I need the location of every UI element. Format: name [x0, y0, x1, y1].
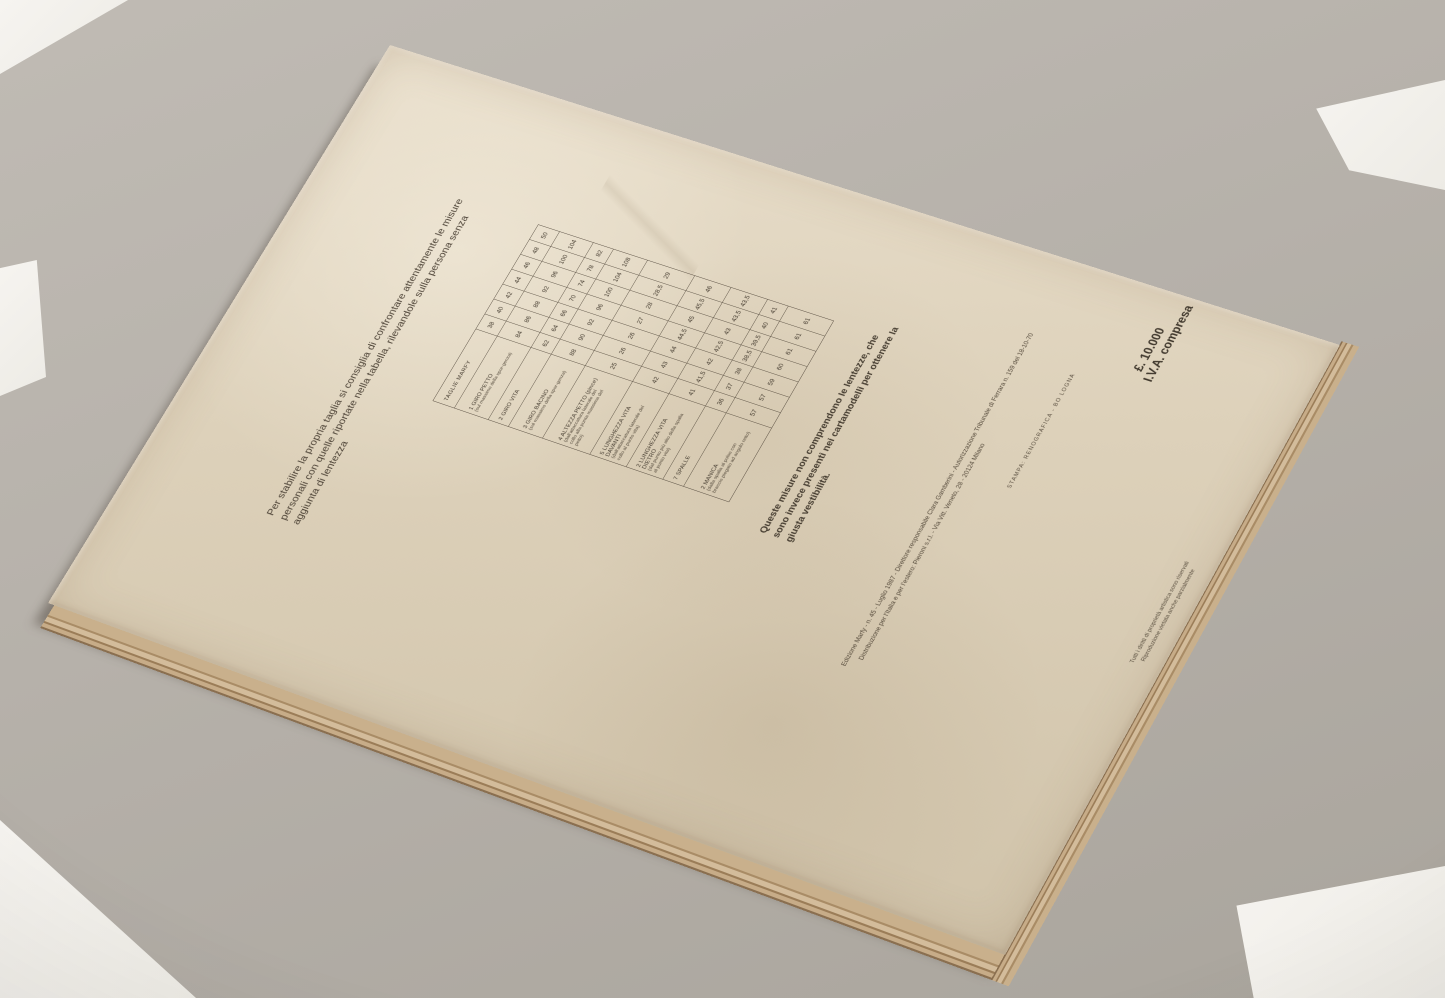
- intro-line-2: personali con quelle riportate nella tab…: [276, 201, 480, 522]
- price-block: £. 10.000 I.V.A. compresa: [1127, 299, 1196, 383]
- row-sublabel: (dalla spalla al polso con braccio piega…: [705, 429, 751, 494]
- booklet-back-cover: Per stabilire la propria taglia si consi…: [48, 45, 1340, 955]
- booklet: Per stabilire la propria taglia si consi…: [48, 45, 1340, 955]
- paper-scrap-top-left: [0, 0, 128, 74]
- paper-scrap-left: [0, 260, 46, 396]
- paper-scrap-bottom-right: [1230, 866, 1445, 998]
- intro-line-1: Per stabilire la propria taglia si consi…: [264, 197, 468, 517]
- photo-scene: Per stabilire la propria taglia si consi…: [0, 0, 1445, 998]
- paper-scrap-bottom-left: [0, 820, 196, 998]
- paper-scrap-top-right: [1308, 80, 1445, 190]
- size-table: TAGLIE MARFY384042444648501 GIRO PETTO(s…: [433, 224, 835, 502]
